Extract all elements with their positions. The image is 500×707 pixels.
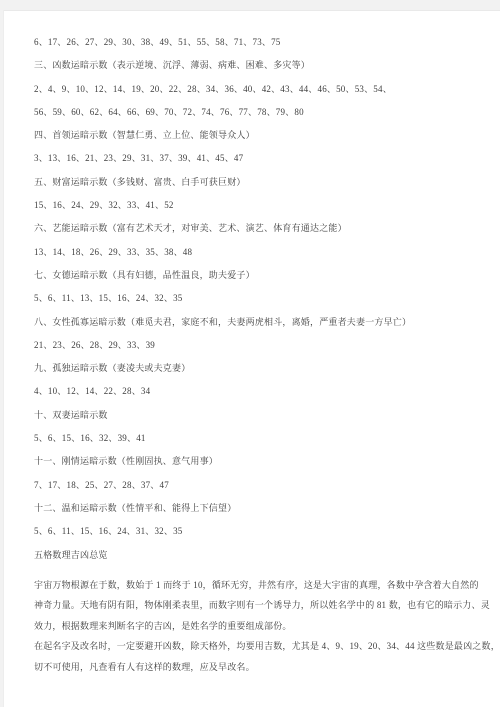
numbers-line: 15、16、24、29、32、33、41、52 xyxy=(34,194,476,217)
section-heading: 五格数理吉凶总览 xyxy=(34,544,476,567)
paragraph-line: 在起名字及改名时，一定要避开凶数，除天格外，均要用吉数，尤其是 4、9、19、2… xyxy=(34,636,476,657)
section-heading: 六、艺能运暗示数（富有艺术天才，对审美、艺术、演艺、体育有通达之能） xyxy=(34,217,476,240)
numbers-line: 7、17、18、25、27、28、37、47 xyxy=(34,474,476,497)
paragraph-line: 宇宙万物根源在于数，数始于 1 而终于 10，循环无穷，井然有序，这是大宇宙的真… xyxy=(34,575,476,596)
numbers-line: 3、13、16、21、23、29、31、37、39、41、45、47 xyxy=(34,147,476,170)
section-heading: 四、首领运暗示数（智慧仁勇、立上位、能领导众人） xyxy=(34,124,476,147)
document-viewport: 6、17、26、27、29、30、38、49、51、55、58、71、73、75… xyxy=(0,0,500,707)
numbers-line: 13、14、18、26、29、33、35、38、48 xyxy=(34,241,476,264)
numbers-line: 6、17、26、27、29、30、38、49、51、55、58、71、73、75 xyxy=(34,31,476,54)
numbers-line: 56、59、60、62、64、66、69、70、72、74、76、77、78、7… xyxy=(34,101,476,124)
numbers-line: 5、6、11、13、15、16、24、32、35 xyxy=(34,287,476,310)
page-top-margin xyxy=(0,0,500,11)
paragraph-line: 切不可使用，凡查看有人有这样的数理，应及早改名。 xyxy=(34,657,476,678)
section-heading: 十一、刚情运暗示数（性刚固执、意气用事） xyxy=(34,450,476,473)
section-heading: 七、女德运暗示数（具有妇德，品性温良，助夫爱子） xyxy=(34,264,476,287)
section-heading: 十二、温和运暗示数（性情平和、能得上下信望） xyxy=(34,497,476,520)
section-heading: 八、女性孤寡运暗示数（难觅夫君，家庭不和，夫妻两虎相斗，离婚，严重者夫妻一方早亡… xyxy=(34,311,476,334)
paragraph-line: 神奇力量。天地有阴有阳，物体刚柔表里，而数字则有一个诱导力，所以姓名学中的 81… xyxy=(34,595,476,616)
paragraph-line: 效力，根据数理来判断名字的吉凶，是姓名学的重要组成部份。 xyxy=(34,616,476,637)
numbers-line: 2、4、9、10、12、14、19、20、22、28、34、36、40、42、4… xyxy=(34,78,476,101)
section-heading: 三、凶数运暗示数（表示逆境、沉浮、薄弱、病难、困难、多灾等） xyxy=(34,54,476,77)
page-left-margin xyxy=(0,10,4,707)
numbers-line: 5、6、11、15、16、24、31、32、35 xyxy=(34,520,476,543)
numbers-line: 4、10、12、14、22、28、34 xyxy=(34,380,476,403)
document-body: 6、17、26、27、29、30、38、49、51、55、58、71、73、75… xyxy=(34,31,476,677)
section-heading: 九、孤独运暗示数（妻凌夫或夫克妻） xyxy=(34,357,476,380)
numbers-line: 21、23、26、28、29、33、39 xyxy=(34,334,476,357)
section-heading: 五、财富运暗示数（多钱财、富贵、白手可获巨财） xyxy=(34,171,476,194)
numbers-line: 5、6、15、16、32、39、41 xyxy=(34,427,476,450)
section-heading: 十、双妻运暗示数 xyxy=(34,404,476,427)
